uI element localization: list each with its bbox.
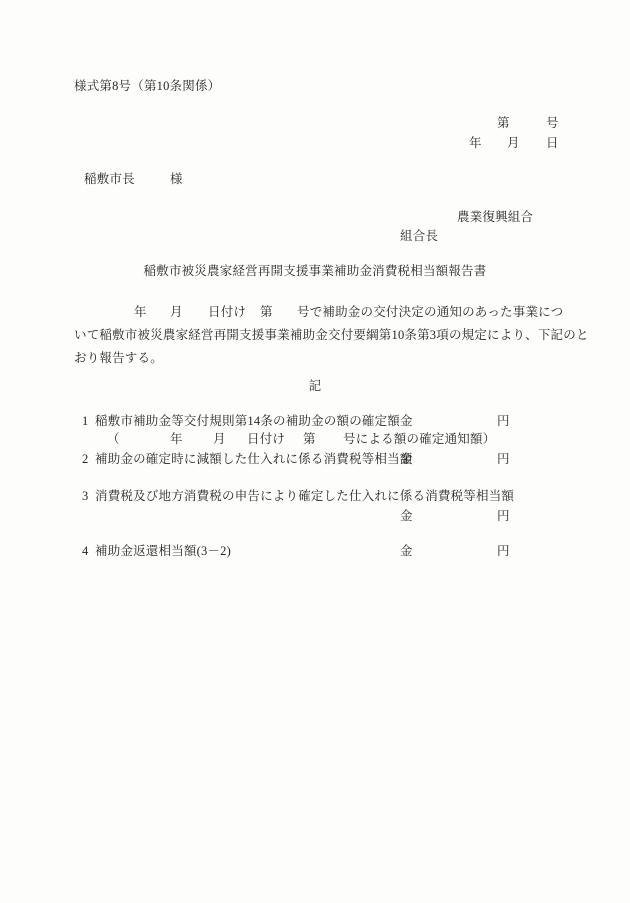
date-month-label: 月 (507, 136, 520, 151)
form-number: 様式第8号（第10条関係） (74, 79, 220, 94)
body-line1-no-prefix: 第 (260, 305, 273, 320)
doc-number-suffix: 号 (546, 116, 559, 131)
body-line1-year: 年 (134, 305, 147, 320)
sender-organization: 農業復興組合 (457, 210, 533, 225)
item-1-amount-prefix: 金 (400, 414, 413, 429)
item-3-text: 消費税及び地方消費税の申告により確定した仕入れに係る消費税等相当額 (95, 489, 514, 504)
item-1-note-open: （ (107, 432, 120, 447)
item-4-amount-prefix: 金 (400, 544, 413, 559)
body-line1-dated: 日付け (208, 305, 246, 320)
item-3-amount-unit: 円 (497, 509, 510, 524)
body-line1-month: 月 (170, 305, 183, 320)
item-1-note-month: 月 (213, 432, 226, 447)
item-1-number: 1 (82, 414, 88, 429)
item-2-number: 2 (82, 452, 88, 467)
date-year-label: 年 (469, 136, 482, 151)
document-title: 稲敷市被災農家経営再開支援事業補助金消費税相当額報告書 (0, 264, 630, 279)
body-line3: おり報告する。 (74, 351, 163, 366)
item-1-note-dated: 日付け (247, 432, 285, 447)
item-3-amount-prefix: 金 (400, 509, 413, 524)
item-4-text: 補助金返還相当額(3－2) (95, 544, 231, 559)
item-2-amount-prefix: 金 (400, 452, 413, 467)
document-page: 様式第8号（第10条関係） 第 号 年 月 日 稲敷市長 様 農業復興組合 組合… (0, 0, 630, 903)
item-4-number: 4 (82, 544, 88, 559)
body-line2: いて稲敷市被災農家経営再開支援事業補助金交付要綱第10条第3項の規定により、下記… (74, 328, 589, 343)
addressee-honorific: 様 (170, 172, 183, 187)
item-1-amount-unit: 円 (497, 414, 510, 429)
item-1-note-no-prefix: 第 (303, 432, 316, 447)
item-2-text: 補助金の確定時に減額した仕入れに係る消費税等相当額 (95, 452, 413, 467)
date-day-label: 日 (546, 136, 559, 151)
doc-number-prefix: 第 (497, 116, 510, 131)
item-3-number: 3 (82, 489, 88, 504)
record-marker: 記 (0, 379, 630, 394)
item-2-amount-unit: 円 (497, 452, 510, 467)
item-1-note-year: 年 (170, 432, 183, 447)
body-line1-text: 号で補助金の交付決定の通知のあった事業につ (297, 305, 563, 320)
item-4-amount-unit: 円 (497, 544, 510, 559)
item-1-note-close: 号による額の確定通知額） (343, 432, 495, 447)
addressee-name: 稲敷市長 (84, 172, 135, 187)
item-1-text: 稲敷市補助金等交付規則第14条の補助金の額の確定額 (95, 414, 400, 429)
sender-role: 組合長 (400, 229, 438, 244)
